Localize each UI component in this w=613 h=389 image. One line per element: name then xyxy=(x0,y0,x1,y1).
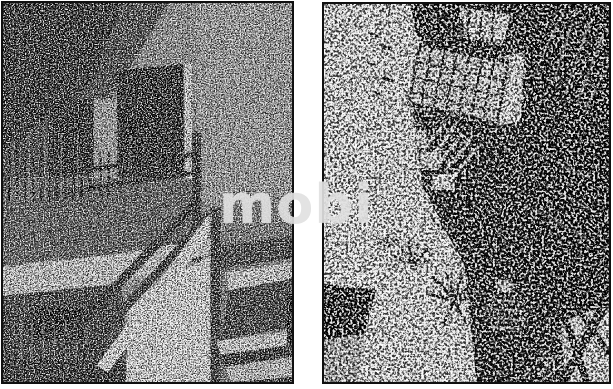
left-photo-canvas xyxy=(3,3,292,382)
right-photo xyxy=(322,2,611,384)
right-photo-canvas xyxy=(324,4,609,382)
white-grain-overlay xyxy=(324,4,609,382)
left-photo xyxy=(1,1,294,384)
white-grain-overlay xyxy=(3,3,292,382)
scanned-photos-page: mobi xyxy=(0,0,613,389)
